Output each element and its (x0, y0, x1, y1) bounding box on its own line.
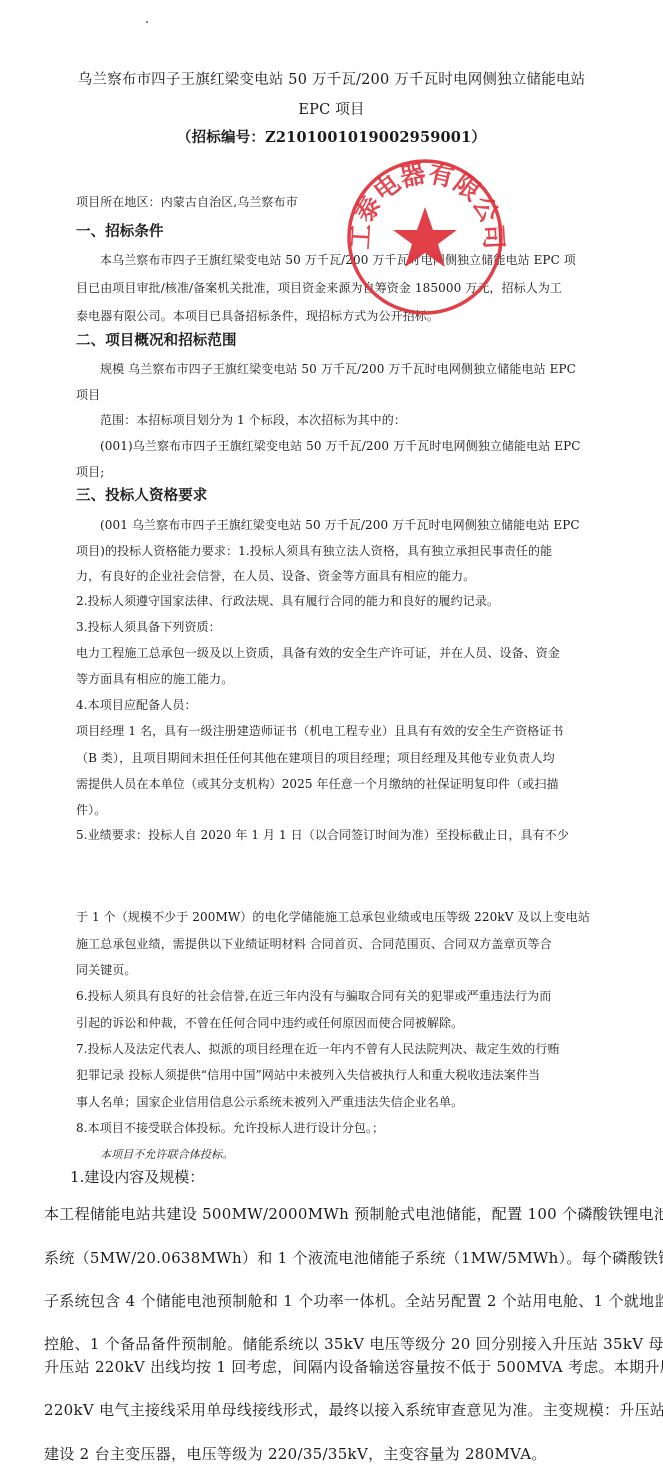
paragraph-line: 等方面具有相应的施工能力。 (76, 670, 233, 687)
paragraph-line: 7.投标人及法定代表人、拟派的项目经理在近一年内不曾有人民法院判决、裁定生效的行… (76, 1040, 560, 1057)
paragraph-line: 犯罪记录 投标人须提供“信用中国”网站中未被列入失信被执行人和重大税收违法案件当 (76, 1066, 540, 1083)
paragraph-line: 本工程储能电站共建设 500MW/2000MWh 预制舱式电池储能，配置 100… (44, 1203, 663, 1224)
section-heading-bidding-conditions: 一、招标条件 (76, 220, 164, 241)
paragraph-line: 升压站 220kV 出线均按 1 回考虑，间隔内设备输送容量按不低于 500MV… (44, 1356, 663, 1377)
paragraph-line: 于 1 个（规模不少于 200MW）的电化学储能施工总承包业绩或电压等级 220… (76, 908, 590, 925)
paragraph-line: 建设 2 台主变压器，电压等级为 220/35/35kV，主变容量为 280MV… (44, 1443, 547, 1464)
paragraph-line: 同关键页。 (76, 961, 137, 978)
paragraph-line: 力，有良好的企业社会信誉，在人员、设备、资金等方面具有相应的能力。 (76, 567, 475, 584)
paragraph-line: 项目; (76, 463, 104, 480)
document-title: 乌兰察布市四子王旗红梁变电站 50 万千瓦/200 万千瓦时电网侧独立储能电站 (0, 68, 663, 89)
paragraph-line: 目已由项目审批/核准/备案机关批准，项目资金来源为自筹资金 185000 万元，… (76, 279, 562, 296)
paragraph-line: 范围：本招标项目划分为 1 个标段，本次招标为其中的： (100, 411, 406, 428)
paragraph-line: 项目经理 1 名，具有一级注册建造师证书（机电工程专业）且具有有效的安全生产资格… (76, 722, 563, 739)
document-title-line2: EPC 项目 (0, 98, 663, 119)
section-heading-project-overview: 二、项目概况和招标范围 (76, 329, 237, 350)
paragraph-line: 规模 乌兰察布市四子王旗红梁变电站 50 万千瓦/200 万千瓦时电网侧独立储能… (100, 360, 576, 377)
paragraph-line: （B 类），且项目期间未担任任何其他在建项目的项目经理；项目经理及其他专业负责人… (76, 749, 555, 766)
scan-speck (146, 21, 148, 23)
paragraph-line: 3.投标人须具备下列资质： (76, 618, 221, 635)
section-heading-bidder-qualifications: 三、投标人资格要求 (76, 484, 207, 505)
seal-text: 工泰电器有限公司 (345, 159, 508, 250)
project-location: 项目所在地区：内蒙古自治区,乌兰察布市 (76, 193, 298, 210)
paragraph-line: 2.投标人须遵守国家法律、行政法规、具有履行合同的能力和良好的履约记录。 (76, 592, 499, 609)
paragraph-line: 施工总承包业绩，需提供以下业绩证明材料 合同首页、合同范围页、合同双方盖章页等合 (76, 935, 552, 952)
paragraph-line: 本乌兰察布市四子王旗红梁变电站 50 万千瓦/200 万千瓦时电网侧独立储能电站… (100, 251, 576, 268)
section-heading-construction-scope: 1.建设内容及规模： (70, 1166, 204, 1187)
paragraph-line: 8.本项目不接受联合体投标。允许投标人进行设计分包。； (76, 1119, 384, 1136)
paragraph-line: 220kV 电气主接线采用单母线接线形式，最终以接入系统审查意见为准。主变规模：… (44, 1399, 663, 1420)
paragraph-line: 4.本项目应配备人员： (76, 696, 197, 713)
company-seal: 工泰电器有限公司 (340, 152, 510, 322)
paragraph-line: 引起的诉讼和仲裁，不曾在任何合同中违约或任何原因而使合同被解除。 (76, 1014, 463, 1031)
paragraph-line: (001 乌兰察布市四子王旗红梁变电站 50 万千瓦/200 万千瓦时电网侧独立… (100, 516, 580, 533)
paragraph-line: 项目)的投标人资格能力要求：1.投标人须具有独立法人资格，具有独立承担民事责任的… (76, 542, 552, 559)
svg-text:工泰电器有限公司: 工泰电器有限公司 (345, 159, 508, 250)
paragraph-line: 件）。 (76, 801, 106, 818)
tender-number: （招标编号：Z2101001019002959001） (0, 126, 663, 147)
paragraph-line: 本项目不允许联合体投标。 (100, 1146, 233, 1162)
paragraph-line: 系统（5MW/20.0638MWh）和 1 个液流电池储能子系统（1MW/5MW… (44, 1247, 663, 1268)
paragraph-line: 电力工程施工总承包一级及以上资质，具备有效的安全生产许可证，并在人员、设备、资金 (76, 644, 560, 661)
paragraph-line: 项目 (76, 386, 100, 403)
paragraph-line: 5.业绩要求：投标人自 2020 年 1 月 1 日（以合同签订时间为准）至投标… (76, 826, 569, 843)
paragraph-line: 需提供人员在本单位（或其分支机构）2025 年任意一个月缴纳的社保证明复印件（或… (76, 775, 559, 792)
paragraph-line: 泰电器有限公司。本项目已具备招标条件，现招标方式为公开招标。 (76, 307, 439, 324)
paragraph-line: (001)乌兰察布市四子王旗红梁变电站 50 万千瓦/200 万千瓦时电网侧独立… (100, 437, 581, 454)
paragraph-line: 控舱、1 个备品备件预制舱。储能系统以 35kV 电压等级分 20 回分别接入升… (44, 1333, 663, 1354)
paragraph-line: 6.投标人须具有良好的社会信誉,在近三年内没有与骗取合同有关的犯罪或严重违法行为… (76, 987, 551, 1004)
paragraph-line: 子系统包含 4 个储能电池预制舱和 1 个功率一体机。全站另配置 2 个站用电舱… (44, 1290, 663, 1311)
paragraph-line: 事人名单；国家企业信用信息公示系统未被列入严重违法失信企业名单。 (76, 1093, 463, 1110)
